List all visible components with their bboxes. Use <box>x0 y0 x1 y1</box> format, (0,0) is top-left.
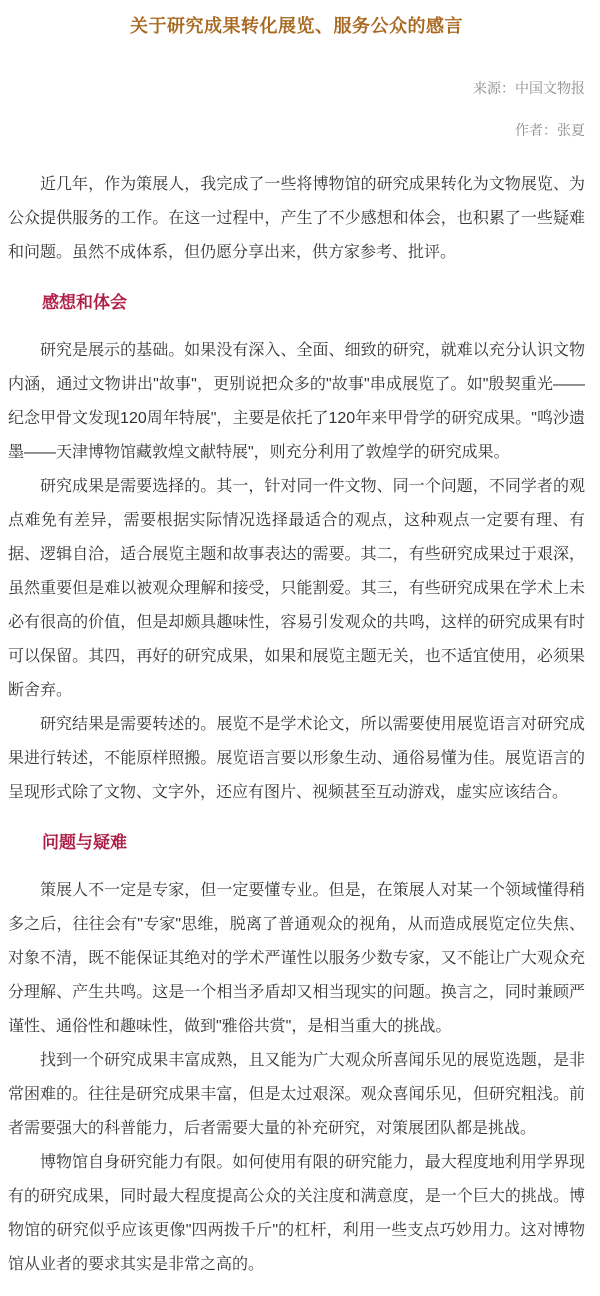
article-author: 作者：张夏 <box>8 122 585 138</box>
section1-paragraph-2: 研究成果是需要选择的。其一，针对同一件文物、同一个问题，不同学者的观点难免有差异… <box>8 470 585 708</box>
section-heading-problems: 问题与疑难 <box>8 832 585 854</box>
section2-paragraph-2: 找到一个研究成果丰富成熟，且又能为广大观众所喜闻乐见的展览选题，是非常困难的。往… <box>8 1044 585 1146</box>
article-page: 关于研究成果转化展览、服务公众的感言 来源：中国文物报 作者：张夏 近几年，作为… <box>0 0 600 1296</box>
section2-paragraph-1: 策展人不一定是专家，但一定要懂专业。但是，在策展人对某一个领域懂得稍多之后，往往… <box>8 874 585 1044</box>
intro-paragraph: 近几年，作为策展人，我完成了一些将博物馆的研究成果转化为文物展览、为公众提供服务… <box>8 168 585 270</box>
section-heading-reflections: 感想和体会 <box>8 292 585 314</box>
article-title: 关于研究成果转化展览、服务公众的感言 <box>8 12 585 38</box>
section1-paragraph-3: 研究结果是需要转述的。展览不是学术论文，所以需要使用展览语言对研究成果进行转述，… <box>8 708 585 810</box>
section2-paragraph-3: 博物馆自身研究能力有限。如何使用有限的研究能力，最大程度地利用学界现有的研究成果… <box>8 1146 585 1282</box>
article-source: 来源：中国文物报 <box>8 80 585 96</box>
section1-paragraph-1: 研究是展示的基础。如果没有深入、全面、细致的研究，就难以充分认识文物内涵，通过文… <box>8 334 585 470</box>
